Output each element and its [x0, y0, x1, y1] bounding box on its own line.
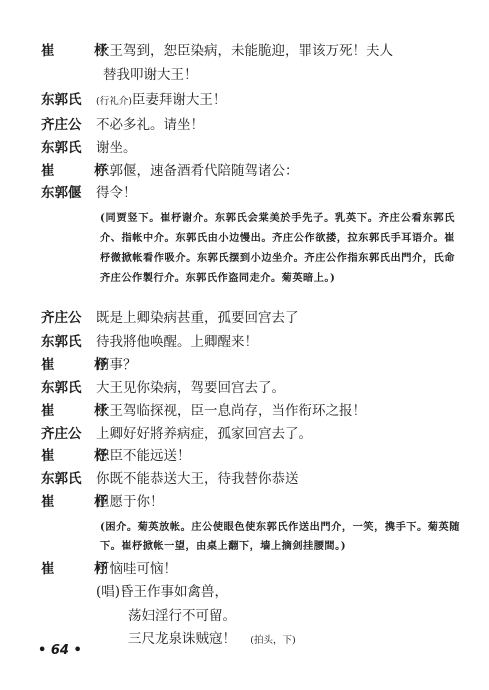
speaker-name: 崔 杼 — [41, 162, 91, 180]
speaker-name: 东郭氏 — [41, 91, 91, 109]
speaker-name: 崔 杼 — [41, 356, 91, 374]
speaker-name: 齐庄公 — [41, 425, 91, 443]
speech-text: 不必多礼。请坐！ — [96, 116, 204, 134]
exit-direction: (拍头，下) — [250, 635, 295, 646]
speech-text: 待我將他唤醒。上卿醒来！ — [96, 333, 258, 351]
verse-text: 荡妇淫行不可留。 — [128, 608, 236, 624]
verse-line: 荡妇淫行不可留。 — [128, 607, 236, 625]
speech-text: 谢坐。 — [96, 139, 137, 157]
speaker-name: 东郭偃 — [41, 184, 91, 202]
speech-text: 替我叩谢大王！ — [103, 66, 198, 84]
stage-direction-block: (同贾竖下。崔杼谢介。东郭氏会棠美於手先子。乳英下。齐庄公看东郭氏介、指帐中介。… — [100, 208, 455, 288]
speaker-name: 东郭氏 — [41, 379, 91, 397]
speaker-name: 齐庄公 — [41, 116, 91, 134]
speaker-name: 崔 杼 — [41, 560, 91, 578]
speech-text: 得令！ — [96, 184, 137, 202]
speaker-name: 崔 杼 — [41, 493, 91, 511]
sing-marker: (唱) — [96, 584, 120, 600]
verse-text: 三尺龙泉诛贼寇！ — [128, 631, 236, 647]
book-page: 崔 杼 大王驾到，恕臣染病，未能脆迎，罪该万死！夫人 替我叩谢大王！ 东郭氏 (… — [0, 0, 489, 690]
speaker-name: 崔 杼 — [41, 42, 91, 60]
stage-direction-inline: (行礼介) — [96, 96, 132, 107]
speaker-name: 崔 杼 — [41, 447, 91, 465]
stage-direction-block: (困介。菊英放帐。庄公使眼色使东郭氏作送出門介，一笑，携手下。菊英随下。崔杼掀帐… — [100, 518, 460, 556]
speech-text: (行礼介)臣妻拜谢大王！ — [96, 91, 226, 111]
speech-text: 恕臣不能远送！ — [96, 447, 191, 465]
speech-text: 大王见你染病，驾要回宫去了。 — [96, 379, 285, 397]
verse-text: 昏王作事如禽兽， — [120, 584, 228, 600]
speech-text: 何事？ — [96, 356, 137, 374]
speaker-name: 崔 杼 — [41, 402, 91, 420]
speech-text: 可恼哇可恼！ — [96, 560, 177, 578]
speech-text: 大王驾到，恕臣染病，未能脆迎，罪该万死！夫人 — [96, 42, 393, 60]
speech-text: 你既不能恭送大王，待我替你恭送 — [96, 470, 299, 488]
speech-text: 大王驾临探视，臣一息尚存，当作衔环之报！ — [96, 402, 366, 420]
speaker-name: 东郭氏 — [41, 333, 91, 351]
speech-text: 东郭偃，速备酒肴代陪随驾诸公： — [96, 162, 299, 180]
speech-text: 上卿好好將养病症，孤家回宫去了。 — [96, 425, 312, 443]
speaker-name: 东郭氏 — [41, 470, 91, 488]
verse-line: 三尺龙泉诛贼寇！ (拍头，下) — [128, 630, 296, 650]
speech-text: 既是上卿染病甚重，孤要回宫去了 — [96, 309, 299, 327]
speaker-name: 齐庄公 — [41, 309, 91, 327]
speech-body: 臣妻拜谢大王！ — [132, 92, 227, 108]
page-number: • 64 • — [38, 643, 82, 658]
speech-text: 但愿于你！ — [96, 493, 164, 511]
verse-line: (唱)昏王作事如禽兽， — [96, 583, 228, 601]
speaker-name: 东郭氏 — [41, 139, 91, 157]
